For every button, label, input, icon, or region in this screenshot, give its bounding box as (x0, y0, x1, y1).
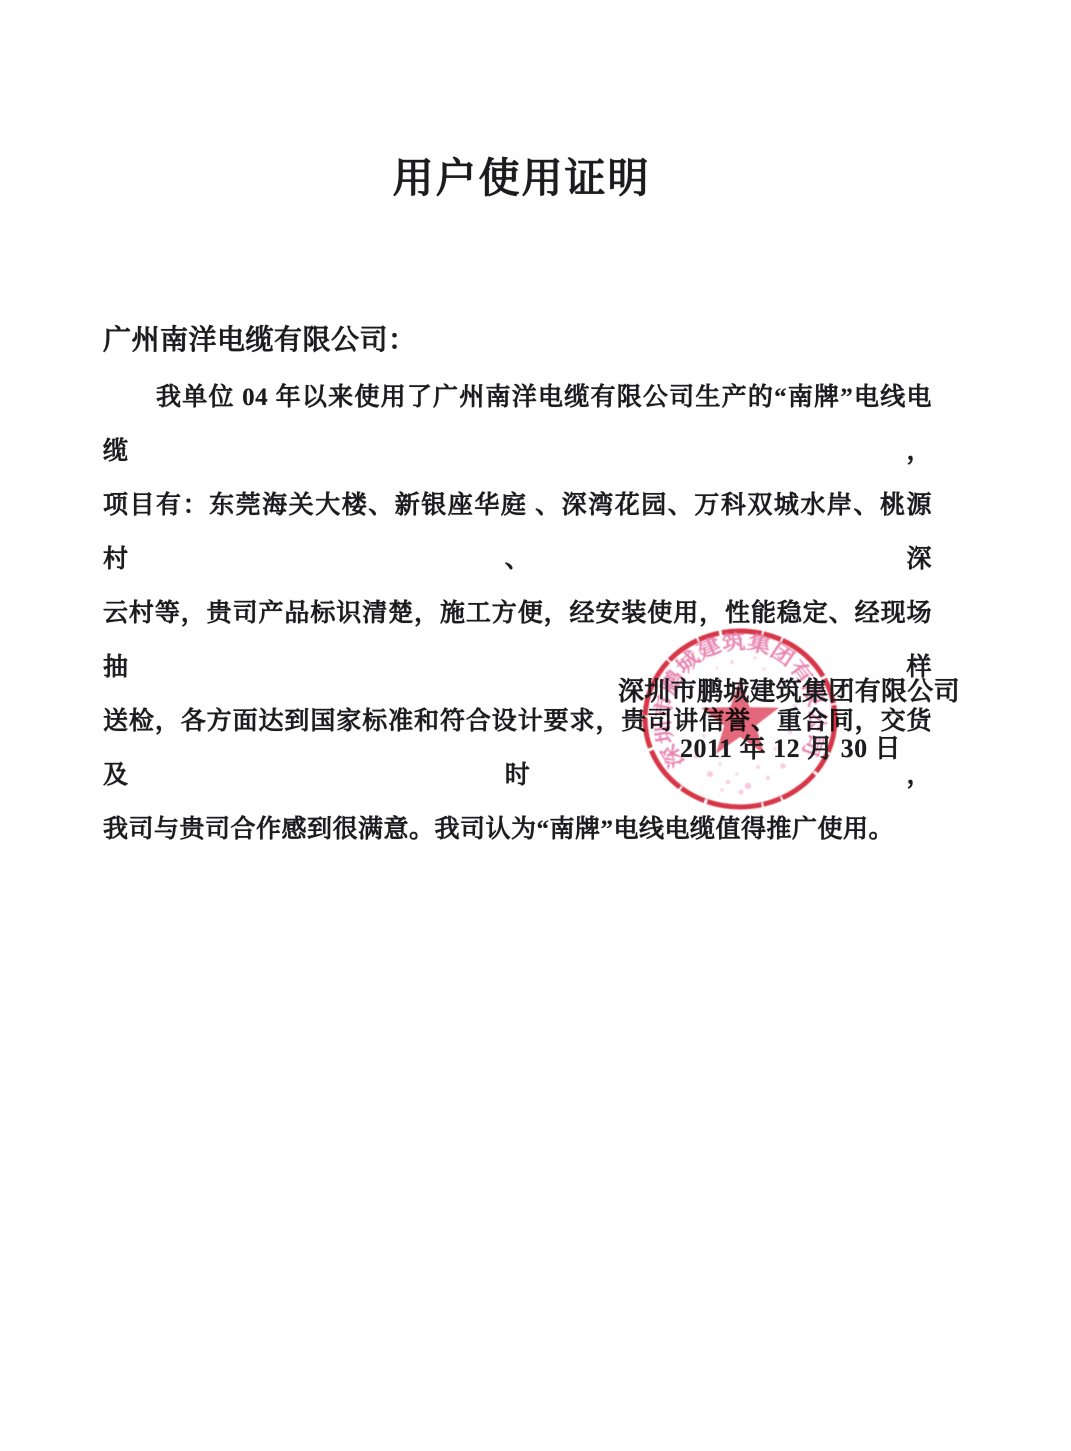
signature-date: 2011 年 12 月 30 日 (680, 734, 901, 764)
scanned-certificate-page: 用户使用证明 广州南洋电缆有限公司： 我单位 04 年以来使用了广州南洋电缆有限… (0, 0, 1071, 1451)
body-line-2: 项目有：东莞海关大楼、新银座华庭 、深湾花园、万科双城水岸、桃源村、深 (103, 479, 932, 587)
company-seal-stamp: 深圳市鹏城建筑集团有限公司 (640, 624, 842, 814)
document-title: 用户使用证明 (0, 156, 1043, 201)
body-line-1: 我单位 04 年以来使用了广州南洋电缆有限公司生产的“南牌”电线电缆， (103, 371, 932, 479)
salutation-recipient-company: 广州南洋电缆有限公司： (103, 324, 417, 358)
signature-company-name: 深圳市鹏城建筑集团有限公司 (618, 676, 960, 708)
